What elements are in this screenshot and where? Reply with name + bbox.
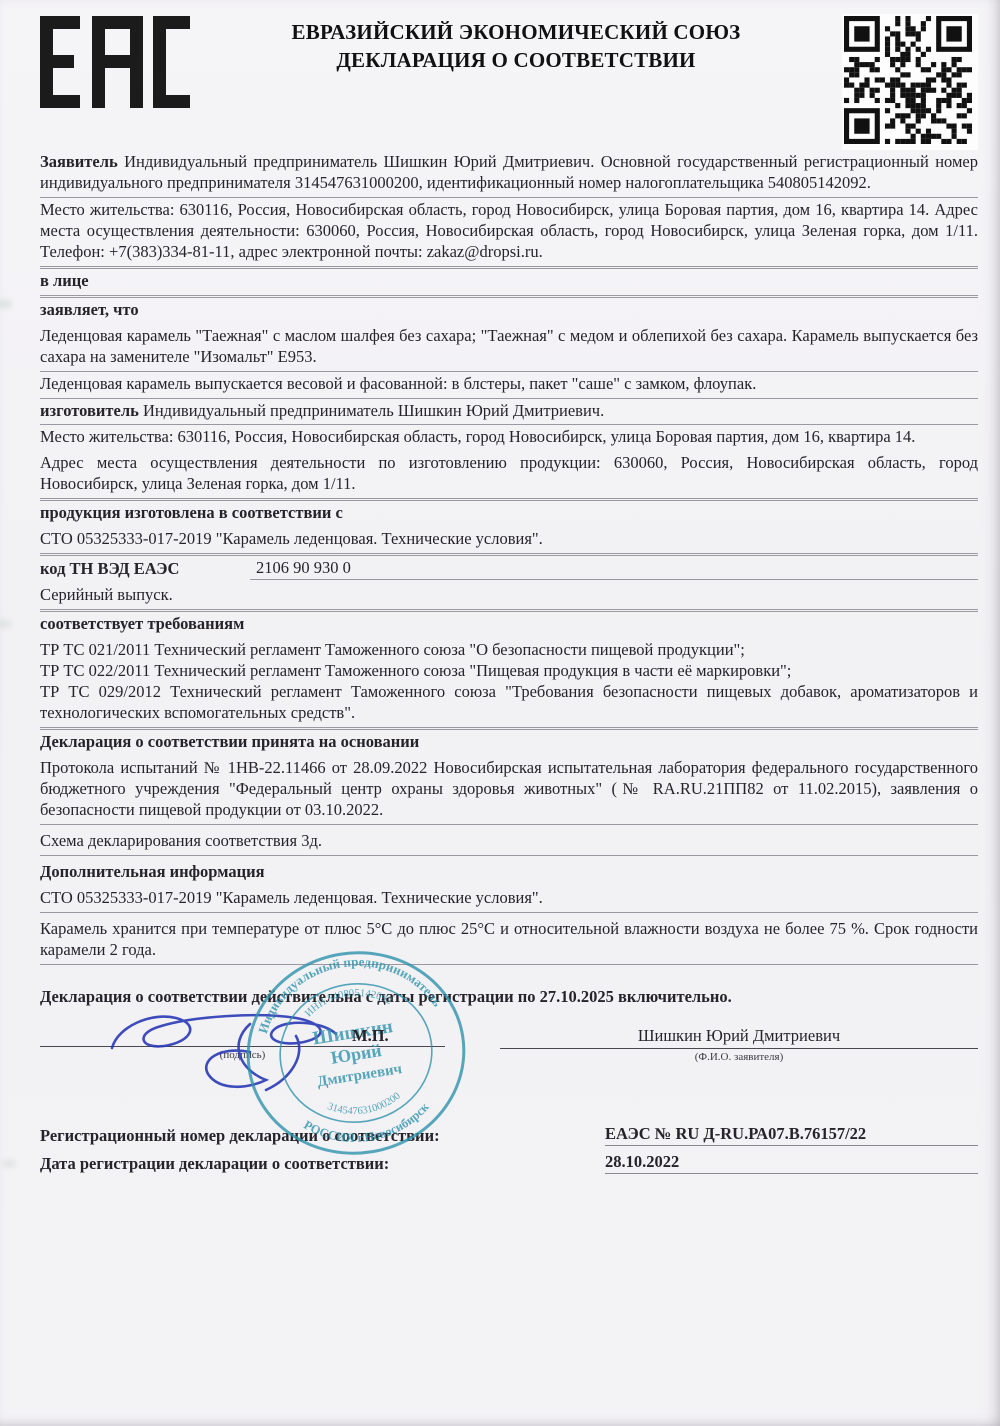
validity-section: Декларация о соответствии действительна … <box>40 985 978 1011</box>
sto-section: СТО 05325333-017-2019 "Карамель леденцов… <box>40 527 978 556</box>
basis-label-section: Декларация о соответствии принята на осн… <box>40 730 978 756</box>
scheme-text: Схема декларирования соответствия 3д. <box>40 831 978 852</box>
basis-label: Декларация о соответствии принята на осн… <box>40 732 978 753</box>
packaging-section: Леденцовая карамель выпускается весовой … <box>40 372 978 399</box>
registration-number-row: Регистрационный номер декларации о соотв… <box>40 1124 978 1146</box>
signature-line-area: (подпись) <box>40 1046 445 1061</box>
header: ЕВРАЗИЙСКИЙ ЭКОНОМИЧЕСКИЙ СОЮЗ ДЕКЛАРАЦИ… <box>40 0 978 150</box>
registration-date-row: Дата регистрации декларации о соответств… <box>40 1152 978 1174</box>
scheme-section: Схема декларирования соответствия 3д. <box>40 829 978 856</box>
registration-date-label: Дата регистрации декларации о соответств… <box>40 1154 605 1174</box>
serial-section: Серийный выпуск. <box>40 583 978 612</box>
applicant-section: Заявитель Индивидуальный предприниматель… <box>40 150 978 198</box>
product-text: Леденцовая карамель "Таежная" с маслом ш… <box>40 326 978 368</box>
declares-section: заявляет, что <box>40 298 978 324</box>
registration-date-value: 28.10.2022 <box>605 1152 978 1174</box>
residence-text: Место жительства: 630116, Россия, Новоси… <box>40 200 978 263</box>
eac-logo-icon <box>40 16 190 108</box>
regulation-item: ТР ТС 021/2011 Технический регламент Там… <box>40 640 978 661</box>
basis-section: Протокола испытаний № 1НВ-22.11466 от 28… <box>40 756 978 825</box>
registration-number-value: ЕАЭС № RU Д-RU.РА07.В.76157/22 <box>605 1124 978 1146</box>
additional-label: Дополнительная информация <box>40 862 978 883</box>
validity-text: Декларация о соответствии действительна … <box>40 987 978 1008</box>
declaration-document: ЕВРАЗИЙСКИЙ ЭКОНОМИЧЕСКИЙ СОЮЗ ДЕКЛАРАЦИ… <box>0 0 1000 1426</box>
regulations-section: ТР ТС 021/2011 Технический регламент Там… <box>40 638 978 730</box>
additional-sto-text: СТО 05325333-017-2019 "Карамель леденцов… <box>40 888 978 909</box>
declares-label: заявляет, что <box>40 300 978 321</box>
signature-caption: (подпись) <box>40 1047 445 1061</box>
manufacturer-text: Индивидуальный предприниматель Шишкин Юр… <box>143 401 604 420</box>
packaging-text: Леденцовая карамель выпускается весовой … <box>40 374 978 395</box>
title-line-2: ДЕКЛАРАЦИЯ О СООТВЕТСТВИИ <box>190 46 842 74</box>
registration-number-label: Регистрационный номер декларации о соотв… <box>40 1126 605 1146</box>
title-line-1: ЕВРАЗИЙСКИЙ ЭКОНОМИЧЕСКИЙ СОЮЗ <box>190 18 842 46</box>
signer-name-area: Шишкин Юрий Дмитриевич (Ф.И.О. заявителя… <box>500 1026 978 1063</box>
stamp-place-label: М.П. <box>352 1026 389 1046</box>
additional-label-section: Дополнительная информация <box>40 860 978 886</box>
complies-label-section: соответствует требованиям <box>40 612 978 638</box>
stamp-name-line3: Дмитриевич <box>316 1061 404 1090</box>
serial-text: Серийный выпуск. <box>40 585 978 606</box>
stamp-ogrn-text: 314547631000200 <box>324 1090 404 1123</box>
tnved-code: 2106 90 930 0 <box>250 558 978 580</box>
manufacturer-residence-text: Место жительства: 630116, Россия, Новоси… <box>40 427 978 448</box>
accordance-label: продукция изготовлена в соответствии с <box>40 503 978 524</box>
signature-block: Индивидуальный предприниматель ИНН 54080… <box>40 1018 978 1114</box>
manufacturing-address-section: Адрес места осуществления деятельности п… <box>40 451 978 501</box>
accordance-label-section: продукция изготовлена в соответствии с <box>40 501 978 527</box>
qr-code <box>842 14 978 150</box>
applicant-text: Индивидуальный предприниматель Шишкин Юр… <box>40 152 978 192</box>
manufacturer-residence-section: Место жительства: 630116, Россия, Новоси… <box>40 425 978 451</box>
manufacturer-section: изготовитель Индивидуальный предпринимат… <box>40 399 978 426</box>
scan-smudge <box>2 1160 16 1167</box>
scan-smudge <box>0 300 12 308</box>
signer-name: Шишкин Юрий Дмитриевич <box>500 1026 978 1048</box>
signer-name-caption: (Ф.И.О. заявителя) <box>500 1049 978 1063</box>
tnved-label: код ТН ВЭД ЕАЭС <box>40 559 250 580</box>
document-title: ЕВРАЗИЙСКИЙ ЭКОНОМИЧЕСКИЙ СОЮЗ ДЕКЛАРАЦИ… <box>190 12 842 75</box>
qr-code-icon <box>844 16 972 144</box>
scan-smudge <box>0 620 12 628</box>
basis-text: Протокола испытаний № 1НВ-22.11466 от 28… <box>40 758 978 821</box>
in-person-label: в лице <box>40 271 978 292</box>
storage-text: Карамель хранится при температуре от плю… <box>40 919 978 961</box>
tnved-section: код ТН ВЭД ЕАЭС 2106 90 930 0 <box>40 556 978 583</box>
manufacturing-address-text: Адрес места осуществления деятельности п… <box>40 453 978 495</box>
storage-section: Карамель хранится при температуре от плю… <box>40 917 978 965</box>
regulation-item: ТР ТС 029/2012 Технический регламент Там… <box>40 682 978 724</box>
manufacturer-label: изготовитель <box>40 401 139 420</box>
product-section: Леденцовая карамель "Таежная" с маслом ш… <box>40 324 978 372</box>
in-person-section: в лице <box>40 269 978 298</box>
regulation-item: ТР ТС 022/2011 Технический регламент Там… <box>40 661 978 682</box>
applicant-label: Заявитель <box>40 152 118 171</box>
svg-text:314547631000200: 314547631000200 <box>324 1090 404 1123</box>
additional-sto-section: СТО 05325333-017-2019 "Карамель леденцов… <box>40 886 978 913</box>
complies-label: соответствует требованиям <box>40 614 978 635</box>
sto-text: СТО 05325333-017-2019 "Карамель леденцов… <box>40 529 978 550</box>
residence-section: Место жительства: 630116, Россия, Новоси… <box>40 198 978 269</box>
